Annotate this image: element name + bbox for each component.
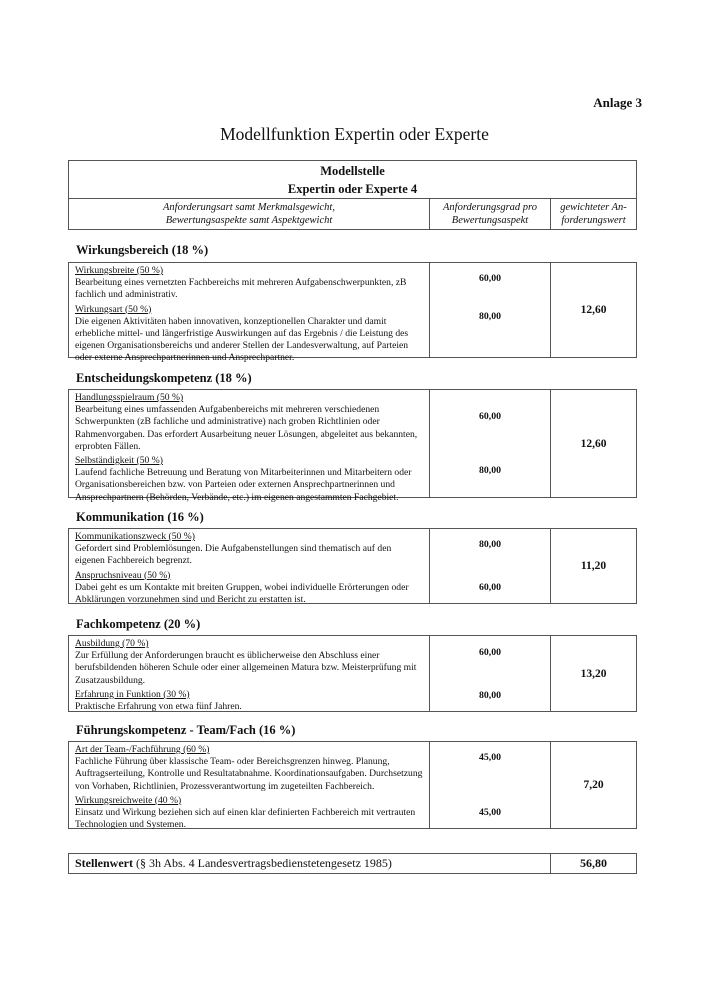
- aspect: Wirkungsbreite (50 %)Bearbeitung eines v…: [75, 265, 423, 302]
- aspect-grade: 45,00: [430, 807, 550, 818]
- aspect-text: Einsatz und Wirkung beziehen sich auf ei…: [75, 807, 415, 830]
- header-line2: Expertin oder Experte 4: [69, 180, 636, 198]
- model-position-header: Modellstelle Expertin oder Experte 4 Anf…: [68, 160, 637, 230]
- aspect-text: Gefordert sind Problemlösungen. Die Aufg…: [75, 543, 391, 566]
- aspect: Anspruchsniveau (50 %)Dabei geht es um K…: [75, 570, 423, 607]
- section-table: Kommunikationszweck (50 %)Gefordert sind…: [68, 528, 637, 604]
- aspect-name: Ausbildung (70 %): [75, 638, 423, 650]
- model-position-title: Modellstelle Expertin oder Experte 4: [69, 161, 636, 199]
- weighted-value: 12,60: [550, 263, 636, 357]
- aspect-name: Erfahrung in Funktion (30 %): [75, 689, 423, 701]
- aspect-text: Dabei geht es um Kontakte mit breiten Gr…: [75, 582, 409, 605]
- aspect-text: Zur Erfüllung der Anforderungen braucht …: [75, 650, 416, 685]
- aspect-grades: 60,0080,00: [429, 263, 550, 357]
- aspect-name: Selbständigkeit (50 %): [75, 455, 423, 467]
- weighted-value: 13,20: [550, 636, 636, 711]
- aspect: Erfahrung in Funktion (30 %)Praktische E…: [75, 689, 423, 713]
- aspect-grade: 45,00: [430, 752, 550, 763]
- aspect-text: Bearbeitung eines umfassenden Aufgabenbe…: [75, 404, 417, 452]
- col2-line1: Anforderungsgrad pro: [443, 202, 537, 213]
- aspect-name: Wirkungsreichweite (40 %): [75, 795, 423, 807]
- weighted-value: 11,20: [550, 529, 636, 603]
- aspect-name: Art der Team-/Fachführung (60 %): [75, 744, 423, 756]
- column-header-grade: Anforderungsgrad proBewertungsaspekt: [429, 199, 550, 229]
- section-title: Kommunikation (16 %): [76, 510, 204, 525]
- col2-line2: Bewertungsaspekt: [452, 215, 528, 226]
- aspect-name: Kommunikationszweck (50 %): [75, 531, 423, 543]
- aspect-text: Praktische Erfahrung von etwa fünf Jahre…: [75, 701, 242, 712]
- aspect-text: Laufend fachliche Betreuung und Beratung…: [75, 467, 411, 502]
- aspect-grade: 60,00: [430, 582, 550, 593]
- section-table: Ausbildung (70 %)Zur Erfüllung der Anfor…: [68, 635, 637, 712]
- aspect-text: Fachliche Führung über klassische Team- …: [75, 756, 422, 791]
- aspect-grade: 60,00: [430, 273, 550, 284]
- aspect-grade: 60,00: [430, 411, 550, 422]
- aspect-text: Bearbeitung eines vernetzten Fachbereich…: [75, 277, 406, 300]
- aspect-name: Anspruchsniveau (50 %): [75, 570, 423, 582]
- aspect-grades: 45,0045,00: [429, 742, 550, 828]
- aspect-name: Wirkungsart (50 %): [75, 304, 423, 316]
- aspect-descriptions: Art der Team-/Fachführung (60 %)Fachlich…: [69, 742, 429, 828]
- aspect-descriptions: Handlungsspielraum (50 %)Bearbeitung ein…: [69, 390, 429, 497]
- section-title: Fachkompetenz (20 %): [76, 617, 200, 632]
- column-header-requirement-type: Anforderungsart samt Merkmalsgewicht,Bew…: [69, 199, 429, 229]
- weighted-value: 7,20: [550, 742, 636, 828]
- aspect-descriptions: Wirkungsbreite (50 %)Bearbeitung eines v…: [69, 263, 429, 357]
- aspect: Art der Team-/Fachführung (60 %)Fachlich…: [75, 744, 423, 793]
- weighted-value: 12,60: [550, 390, 636, 497]
- total-value: 56,80: [550, 854, 636, 873]
- aspect-grade: 80,00: [430, 690, 550, 701]
- aspect-grades: 60,0080,00: [429, 636, 550, 711]
- section-title: Entscheidungskompetenz (18 %): [76, 371, 252, 386]
- section-title: Führungskompetenz - Team/Fach (16 %): [76, 723, 295, 738]
- aspect-grades: 80,0060,00: [429, 529, 550, 603]
- aspect: Handlungsspielraum (50 %)Bearbeitung ein…: [75, 392, 423, 453]
- aspect-grade: 80,00: [430, 539, 550, 550]
- column-header-weighted: gewichteter An-forderungswert: [550, 199, 636, 229]
- page-title: Modellfunktion Expertin oder Experte: [0, 124, 709, 145]
- aspect: Ausbildung (70 %)Zur Erfüllung der Anfor…: [75, 638, 423, 687]
- section-title: Wirkungsbereich (18 %): [76, 243, 208, 258]
- annex-label: Anlage 3: [593, 95, 642, 111]
- aspect-grade: 80,00: [430, 311, 550, 322]
- col1-line2: Bewertungsaspekte samt Aspektgewicht: [166, 215, 333, 226]
- aspect-descriptions: Ausbildung (70 %)Zur Erfüllung der Anfor…: [69, 636, 429, 711]
- section-table: Handlungsspielraum (50 %)Bearbeitung ein…: [68, 389, 637, 498]
- col1-line1: Anforderungsart samt Merkmalsgewicht,: [163, 202, 335, 213]
- aspect: Wirkungsreichweite (40 %)Einsatz und Wir…: [75, 795, 423, 832]
- column-headers: Anforderungsart samt Merkmalsgewicht,Bew…: [69, 199, 636, 229]
- aspect: Wirkungsart (50 %)Die eigenen Aktivitäte…: [75, 304, 423, 365]
- aspect-grades: 60,0080,00: [429, 390, 550, 497]
- aspect: Selbständigkeit (50 %)Laufend fachliche …: [75, 455, 423, 504]
- section-table: Art der Team-/Fachführung (60 %)Fachlich…: [68, 741, 637, 829]
- total-label-bold: Stellenwert: [75, 856, 133, 870]
- aspect-name: Handlungsspielraum (50 %): [75, 392, 423, 404]
- section-table: Wirkungsbreite (50 %)Bearbeitung eines v…: [68, 262, 637, 358]
- total-label-rest: (§ 3h Abs. 4 Landesvertragsbediensteteng…: [133, 856, 392, 870]
- aspect-grade: 80,00: [430, 465, 550, 476]
- header-line1: Modellstelle: [69, 162, 636, 180]
- total-position-value: Stellenwert (§ 3h Abs. 4 Landesvertragsb…: [68, 853, 637, 874]
- col3-line1: gewichteter An-: [560, 202, 627, 213]
- total-label: Stellenwert (§ 3h Abs. 4 Landesvertragsb…: [69, 854, 550, 873]
- aspect-name: Wirkungsbreite (50 %): [75, 265, 423, 277]
- aspect-grade: 60,00: [430, 647, 550, 658]
- col3-line2: forderungswert: [561, 215, 625, 226]
- aspect: Kommunikationszweck (50 %)Gefordert sind…: [75, 531, 423, 568]
- aspect-descriptions: Kommunikationszweck (50 %)Gefordert sind…: [69, 529, 429, 603]
- aspect-text: Die eigenen Aktivitäten haben innovative…: [75, 316, 408, 364]
